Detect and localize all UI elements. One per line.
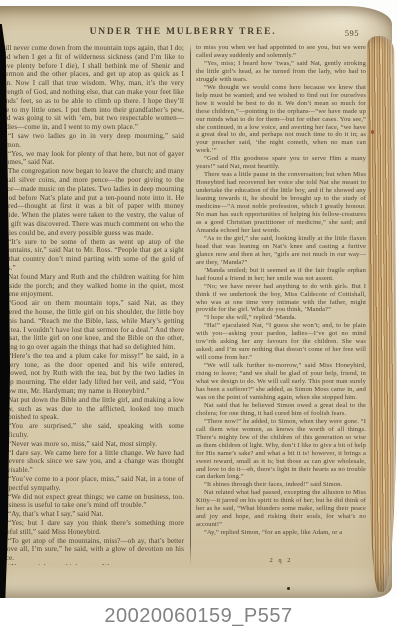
paper-speck <box>371 130 374 134</box>
paragraph: “You are surprised,” she said, speaking … <box>0 422 184 440</box>
page-content: UNDER THE MULBERRY TREE. 595 will never … <box>0 6 366 598</box>
paragraph: “I saw two ladies go in in very deep mou… <box>0 132 184 150</box>
paragraph: ’Manda smiled; but it seemed as if the f… <box>196 267 366 283</box>
paragraph: “We thought we would come here because w… <box>196 84 366 156</box>
footer-strip: 20020060159_P557 <box>0 598 397 640</box>
right-column-paragraphs: to miss you when we had appointed to see… <box>196 44 366 537</box>
paragraph: Nat related what had passed, excepting t… <box>196 489 366 529</box>
paragraph: “You’ve come to a poor place, miss,” sai… <box>0 475 184 493</box>
paragraph: “There now!” he added, to Simon, when th… <box>196 418 366 482</box>
paragraph: “I hope she will,” replied ’Manda. <box>196 314 366 322</box>
paragraph: “Ay, that’s what I say,” said Nat. <box>0 510 184 519</box>
left-column-paragraphs: will never come down from the mountain t… <box>0 44 184 565</box>
paragraph: “As to the girl,” she said, looking kind… <box>196 235 366 267</box>
paragraph: “We did not expect great things; we came… <box>0 493 184 511</box>
paragraph: “Yes; but I dare say you think there’s s… <box>0 519 184 537</box>
book-fore-edge <box>367 36 397 592</box>
paragraph: “It shines through their faces, indeed!”… <box>196 481 366 489</box>
page-number: 595 <box>345 28 359 38</box>
paragraph: “Never was more so, miss,” said Nat, mos… <box>0 440 184 449</box>
book-page: UNDER THE MULBERRY TREE. 595 will never … <box>0 6 392 598</box>
right-column: to miss you when we had appointed to see… <box>196 44 366 565</box>
paragraph: will never come down from the mountain t… <box>0 44 184 132</box>
paragraph: Nat said that he believed Simon owed a g… <box>196 402 366 418</box>
paragraph: There was a little pause in the conversa… <box>196 171 366 235</box>
paragraph: Nat found Mary and Ruth and the children… <box>0 273 184 299</box>
paragraph: “We will talk further to-morrow,” said M… <box>196 362 366 402</box>
paragraph: “Good air on them mountain tops,” said N… <box>0 299 184 352</box>
paragraph: The congregation now began to leave the … <box>0 167 184 237</box>
running-title: UNDER THE MULBERRY TREE. <box>0 27 366 37</box>
paragraph: Nat put down the Bible and the little gi… <box>0 396 184 422</box>
paragraph: to miss you when we had appointed to see… <box>196 44 366 60</box>
paragraph: “Here’s the tea and a plum cake for miss… <box>0 352 184 396</box>
paragraph: “Ha!” ejaculated Nat, “I guess she won’t… <box>196 322 366 362</box>
paragraph: “It’s sure to be some of them as went up… <box>0 238 184 273</box>
paragraph: “Ay,” replied Simon, “for an apple, like… <box>196 529 366 537</box>
scanned-book-page-photo: UNDER THE MULBERRY TREE. 595 will never … <box>0 0 397 640</box>
paragraph: “To get atop of the mountains, miss?—oh … <box>0 537 184 563</box>
left-column: will never come down from the mountain t… <box>0 44 184 565</box>
text-columns: will never come down from the mountain t… <box>0 44 366 565</box>
paragraph: “I dare say. We came here for a little c… <box>0 449 184 475</box>
scan-id-label: 20020060159_P557 <box>0 605 397 628</box>
running-header: UNDER THE MULBERRY TREE. 595 <box>0 27 366 40</box>
paragraph: “Yes, miss; I heard how ’twas,” said Nat… <box>196 60 366 84</box>
paper-speck <box>287 587 290 590</box>
printer-signature: 2 q 2 <box>196 557 366 565</box>
paragraph: “God of His goodness spare you to serve … <box>196 155 366 171</box>
paragraph: “You are right; we think so too. We were… <box>0 563 184 565</box>
paragraph: “Yes, we may look for plenty of that her… <box>0 150 184 168</box>
column-rule <box>190 44 191 565</box>
paragraph: “No; we have never had anything to do wi… <box>196 283 366 315</box>
